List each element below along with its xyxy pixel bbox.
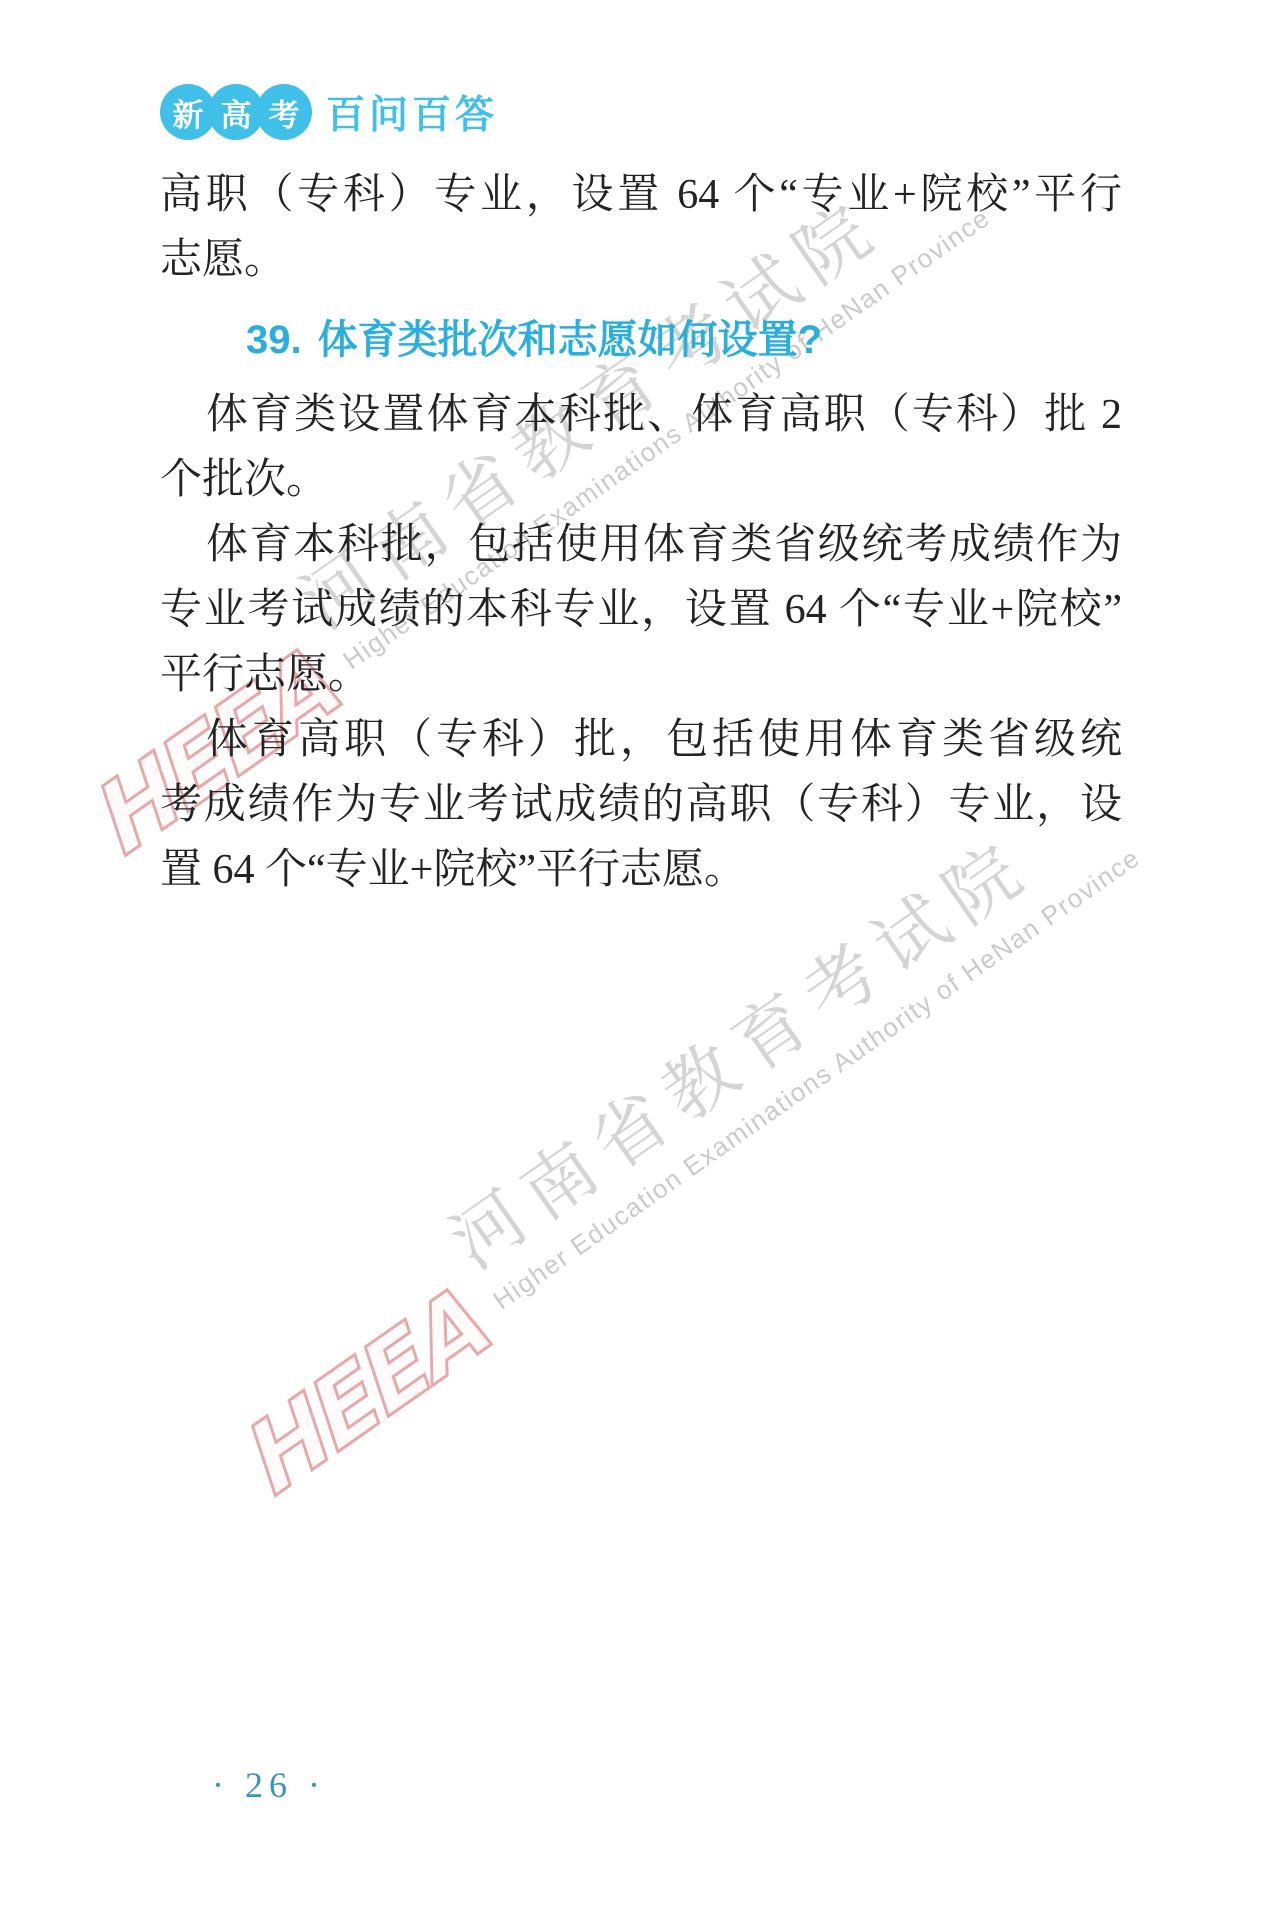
paragraph: 体育本科批，包括使用体育类省级统考成绩作为 专业考试成绩的本科专业，设置 64 … (160, 513, 1122, 708)
body-line: 置 64 个“专业+院校”平行志愿。 (160, 838, 1122, 903)
paragraph: 体育类设置体育本科批、体育高职（专科）批 2 个批次。 (160, 383, 1122, 513)
body-line: 高职（专科）专业，设置 64 个“专业+院校”平行 (160, 163, 1122, 228)
body-line: 体育本科批，包括使用体育类省级统考成绩作为 (160, 513, 1122, 578)
body-line: 体育类设置体育本科批、体育高职（专科）批 2 (160, 383, 1122, 448)
question-heading: 39. 体育类批次和志愿如何设置? (246, 313, 1122, 367)
body-line: 考成绩作为专业考试成绩的高职（专科）专业，设 (160, 773, 1122, 838)
question-title: 体育类批次和志愿如何设置? (318, 313, 822, 367)
body-line: 志愿。 (160, 228, 1122, 293)
page-number: · 26 · (212, 1764, 326, 1806)
logo-circles: 新 高 考 (160, 84, 304, 140)
heea-logo-watermark: HEEA (234, 1259, 518, 1510)
paragraph: 体育高职（专科）批，包括使用体育类省级统 考成绩作为专业考试成绩的高职（专科）专… (160, 708, 1122, 903)
body-line: 个批次。 (160, 448, 1122, 513)
logo-suffix-text: 百问百答 (326, 84, 498, 140)
page-body: 高职（专科）专业，设置 64 个“专业+院校”平行 志愿。 39. 体育类批次和… (160, 163, 1122, 903)
header-brand-logo: 新 高 考 百问百答 (160, 84, 498, 140)
watermark-english-text: Higher Education Examinations Authority … (487, 842, 1145, 1316)
paragraph: 高职（专科）专业，设置 64 个“专业+院校”平行 志愿。 (160, 163, 1122, 293)
body-line: 体育高职（专科）批，包括使用体育类省级统 (160, 708, 1122, 773)
logo-circle-kao: 考 (256, 84, 312, 140)
question-number: 39. (246, 313, 302, 367)
document-page: HEEA 河南省教育考试院 Higher Education Examinati… (0, 0, 1280, 1920)
body-line: 平行志愿。 (160, 643, 1122, 708)
body-line: 专业考试成绩的本科专业，设置 64 个“专业+院校” (160, 578, 1122, 643)
